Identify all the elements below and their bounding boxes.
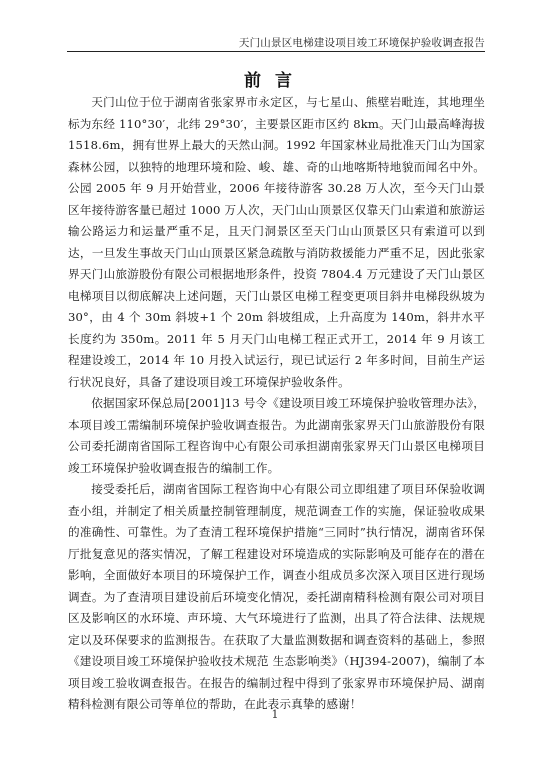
paragraph-1: 天门山位于位于湖南省张家界市永定区，与七星山、熊壁岩毗连，其地理坐标为东经 11… bbox=[68, 92, 485, 393]
document-page: 天门山景区电梯建设项目竣工环境保护验收调查报告 前言 天门山位于位于湖南省张家界… bbox=[0, 0, 550, 778]
page-header: 天门山景区电梯建设项目竣工环境保护验收调查报告 bbox=[67, 33, 485, 52]
document-body: 天门山位于位于湖南省张家界市永定区，与七星山、熊壁岩毗连，其地理坐标为东经 11… bbox=[68, 92, 485, 716]
paragraph-3: 接受委托后，湖南省国际工程咨询中心有限公司立即组建了项目环保验收调查小组，并制定… bbox=[68, 479, 485, 716]
paragraph-2: 依据国家环保总局[2001]13 号令《建设项目竣工环境保护验收管理办法》，本项… bbox=[68, 393, 485, 479]
page-number: 1 bbox=[0, 708, 550, 721]
section-title: 前言 bbox=[0, 66, 550, 91]
header-title: 天门山景区电梯建设项目竣工环境保护验收调查报告 bbox=[239, 35, 485, 50]
